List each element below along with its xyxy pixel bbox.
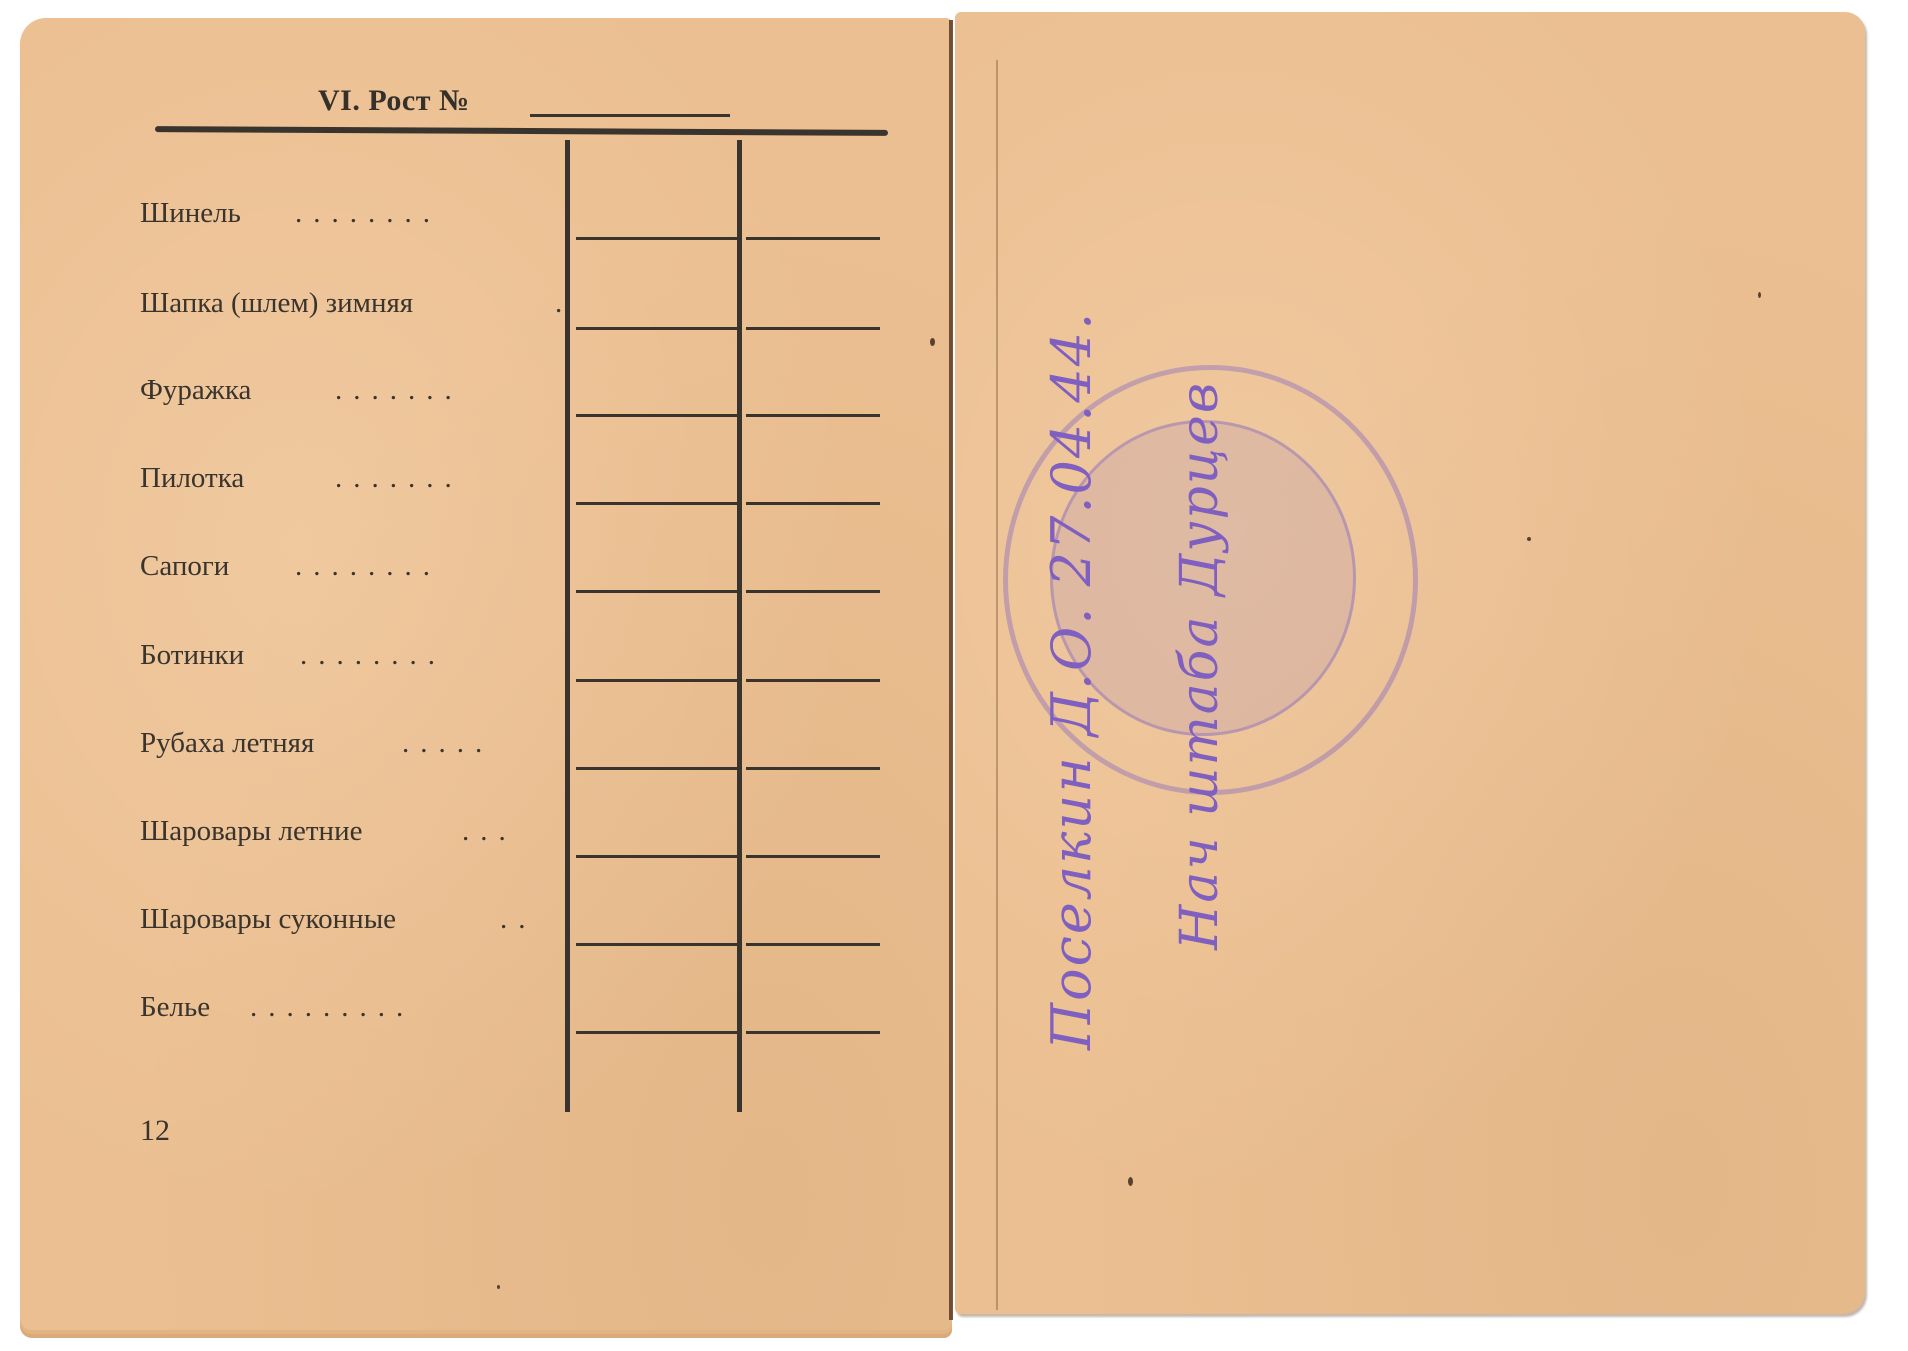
table-row-sharovary-sukonnye: Шаровары суконные .. [140, 906, 880, 946]
dot-leader: ........ [295, 550, 441, 583]
dot-leader: . [555, 287, 573, 320]
dot-leader: ......... [250, 991, 414, 1024]
section-heading: VI. Рост № [318, 84, 470, 118]
paper-speck [1527, 537, 1531, 541]
cell-line [576, 1031, 741, 1034]
row-label: Белье [140, 991, 210, 1024]
cell-line [746, 855, 880, 858]
paper-speck [1128, 1177, 1133, 1186]
dot-leader: ..... [402, 727, 493, 760]
table-row-rubakha: Рубаха летняя ..... [140, 730, 880, 770]
paper-speck [930, 338, 935, 346]
table-row-furazhka: Фуражка ....... [140, 377, 880, 417]
cell-line [746, 327, 880, 330]
dot-leader: ........ [295, 197, 441, 230]
cell-line [746, 414, 880, 417]
cell-line [576, 502, 741, 505]
row-label: Фуражка [140, 374, 251, 407]
cell-line [746, 1031, 880, 1034]
row-label: Рубаха летняя [140, 727, 314, 760]
cell-line [576, 679, 741, 682]
row-label: Шаровары суконные [140, 903, 396, 936]
cell-line [576, 855, 741, 858]
handwritten-signature-date: Поселкин Д.О. 27.04.44. [1040, 311, 1103, 1050]
table-row-shinel: Шинель ........ [140, 200, 880, 240]
handwritten-chief-of-staff: Нач штаба Дурцев [1170, 381, 1230, 950]
dot-leader: .. [500, 903, 537, 936]
dot-leader: ... [462, 815, 517, 848]
table-row-sapogi: Сапоги ........ [140, 553, 880, 593]
dot-leader: ....... [335, 374, 463, 407]
dot-leader: ........ [300, 639, 446, 672]
cell-line [746, 679, 880, 682]
row-label: Сапоги [140, 550, 229, 583]
cell-line [576, 943, 741, 946]
row-label: Ботинки [140, 639, 244, 672]
cell-line [746, 943, 880, 946]
dot-leader: ....... [335, 462, 463, 495]
cell-line [746, 502, 880, 505]
row-label: Шинель [140, 197, 241, 230]
cell-line [576, 414, 741, 417]
table-row-sharovary-letnie: Шаровары летние ... [140, 818, 880, 858]
cell-line [576, 767, 741, 770]
row-label: Пилотка [140, 462, 244, 495]
cell-line [576, 237, 741, 240]
table-column-line-2 [737, 140, 742, 1112]
book-gutter [949, 20, 953, 1320]
table-row-belye: Белье ......... [140, 994, 880, 1034]
paper-speck [1758, 292, 1761, 298]
paper-speck [497, 1285, 500, 1289]
row-label: Шапка (шлем) зимняя [140, 287, 413, 320]
cell-line [576, 327, 741, 330]
table-column-line-1 [565, 140, 570, 1112]
table-row-botinki: Ботинки ........ [140, 642, 880, 682]
table-row-pilotka: Пилотка ....... [140, 465, 880, 505]
row-label: Шаровары летние [140, 815, 362, 848]
height-number-blank [530, 114, 730, 117]
page-edge-line [996, 60, 998, 1310]
cell-line [746, 237, 880, 240]
cell-line [746, 767, 880, 770]
table-row-shapka: Шапка (шлем) зимняя . [140, 290, 880, 330]
page-number: 12 [140, 1114, 170, 1148]
cell-line [576, 590, 741, 593]
cell-line [746, 590, 880, 593]
